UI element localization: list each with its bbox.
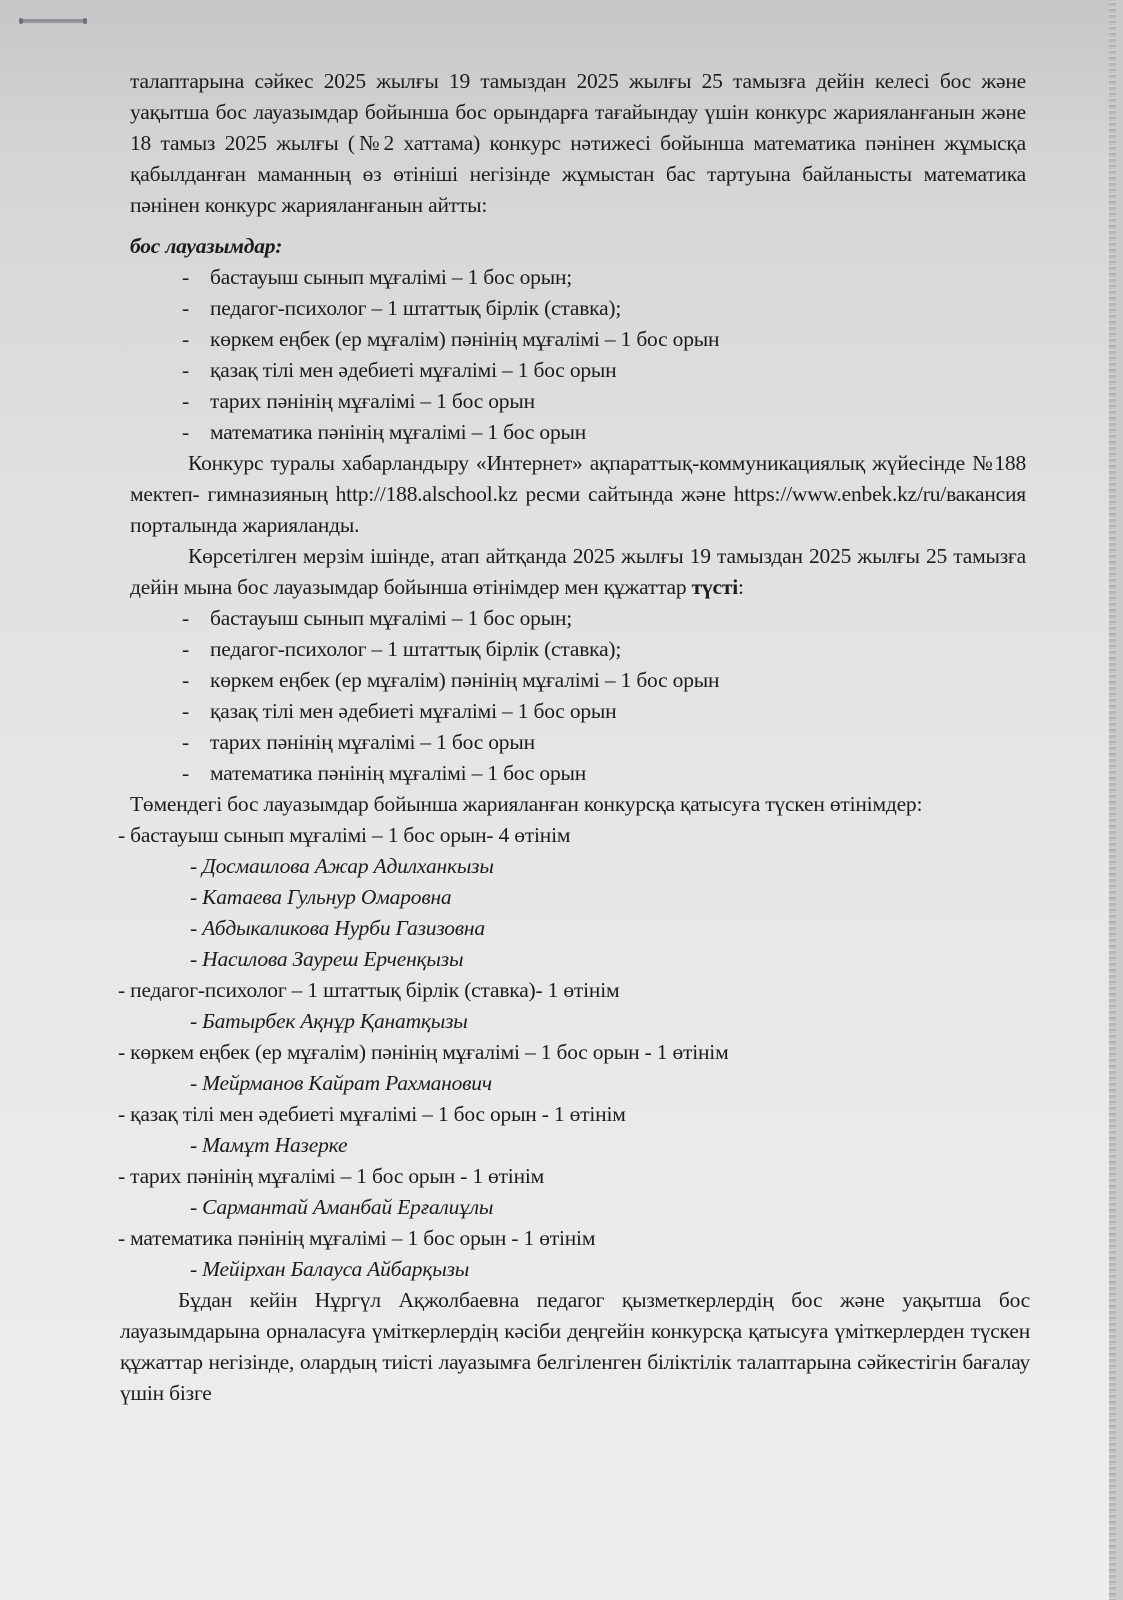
paper-edge (1109, 0, 1116, 1600)
period-paragraph-text: Көрсетілген мерзім ішінде, атап айтқанда… (130, 544, 1026, 599)
received-vacancy-item: бастауыш сынып мұғалімі – 1 бос орын; (180, 603, 1026, 634)
received-vacancy-item: тарих пәнінің мұғалімі – 1 бос орын (180, 727, 1026, 758)
vacancy-item: бастауыш сынып мұғалімі – 1 бос орын; (180, 262, 1026, 293)
received-vacancy-item: көркем еңбек (ер мұғалім) пәнінің мұғалі… (180, 665, 1026, 696)
vacancy-item: педагог-психолог – 1 штаттық бірлік (ста… (180, 293, 1026, 324)
document-page: талаптарына сәйкес 2025 жылғы 19 тамызда… (0, 0, 1116, 1600)
application-role: - көркем еңбек (ер мұғалім) пәнінің мұға… (118, 1037, 1026, 1068)
applicant-name: - Мейірхан Балауса Айбарқызы (118, 1254, 1026, 1285)
application-role: - педагог-психолог – 1 штаттық бірлік (с… (118, 975, 1026, 1006)
period-paragraph-end: : (738, 575, 744, 599)
applicant-name: - Мамұт Назерке (118, 1130, 1026, 1161)
staple-mark (20, 19, 86, 22)
intro-paragraph: талаптарына сәйкес 2025 жылғы 19 тамызда… (130, 66, 1026, 221)
period-paragraph: Көрсетілген мерзім ішінде, атап айтқанда… (130, 541, 1026, 603)
document-body: талаптарына сәйкес 2025 жылғы 19 тамызда… (130, 66, 1026, 1409)
vacancy-item: математика пәнінің мұғалімі – 1 бос орын (180, 417, 1026, 448)
vacancy-item: тарих пәнінің мұғалімі – 1 бос орын (180, 386, 1026, 417)
vacancies-list: бастауыш сынып мұғалімі – 1 бос орын;пед… (130, 262, 1026, 448)
applications-list: - бастауыш сынып мұғалімі – 1 бос орын- … (118, 820, 1026, 1285)
applicant-name: - Батырбек Ақнұр Қанатқызы (118, 1006, 1026, 1037)
announcement-paragraph: Конкурс туралы хабарландыру «Интернет» а… (130, 448, 1026, 541)
vacancy-item: қазақ тілі мен әдебиеті мұғалімі – 1 бос… (180, 355, 1026, 386)
application-role: - бастауыш сынып мұғалімі – 1 бос орын- … (118, 820, 1026, 851)
applicant-name: - Досмаилова Ажар Адилханкызы (118, 851, 1026, 882)
applicant-name: - Катаева Гульнур Омаровна (118, 882, 1026, 913)
closing-paragraph: Бұдан кейін Нұргүл Ақжолбаевна педагог қ… (120, 1285, 1030, 1409)
received-vacancy-item: математика пәнінің мұғалімі – 1 бос орын (180, 758, 1026, 789)
applicant-name: - Абдыкаликова Нурби Газизовна (118, 913, 1026, 944)
applicant-name: - Насилова Зауреш Ерченқызы (118, 944, 1026, 975)
application-role: - математика пәнінің мұғалімі – 1 бос ор… (118, 1223, 1026, 1254)
applicant-name: - Сармантай Аманбай Ерғалиұлы (118, 1192, 1026, 1223)
applicant-name: - Мейрманов Кайрат Рахманович (118, 1068, 1026, 1099)
vacancy-item: көркем еңбек (ер мұғалім) пәнінің мұғалі… (180, 324, 1026, 355)
application-role: - тарих пәнінің мұғалімі – 1 бос орын - … (118, 1161, 1026, 1192)
received-vacancy-item: қазақ тілі мен әдебиеті мұғалімі – 1 бос… (180, 696, 1026, 727)
applications-intro: Төмендегі бос лауазымдар бойынша жарияла… (130, 789, 1026, 820)
received-vacancy-item: педагог-психолог – 1 штаттық бірлік (ста… (180, 634, 1026, 665)
received-vacancies-list: бастауыш сынып мұғалімі – 1 бос орын;пед… (130, 603, 1026, 789)
period-paragraph-bold: түсті (692, 575, 738, 599)
vacancies-heading: бос лауазымдар: (130, 231, 1026, 262)
application-role: - қазақ тілі мен әдебиеті мұғалімі – 1 б… (118, 1099, 1026, 1130)
